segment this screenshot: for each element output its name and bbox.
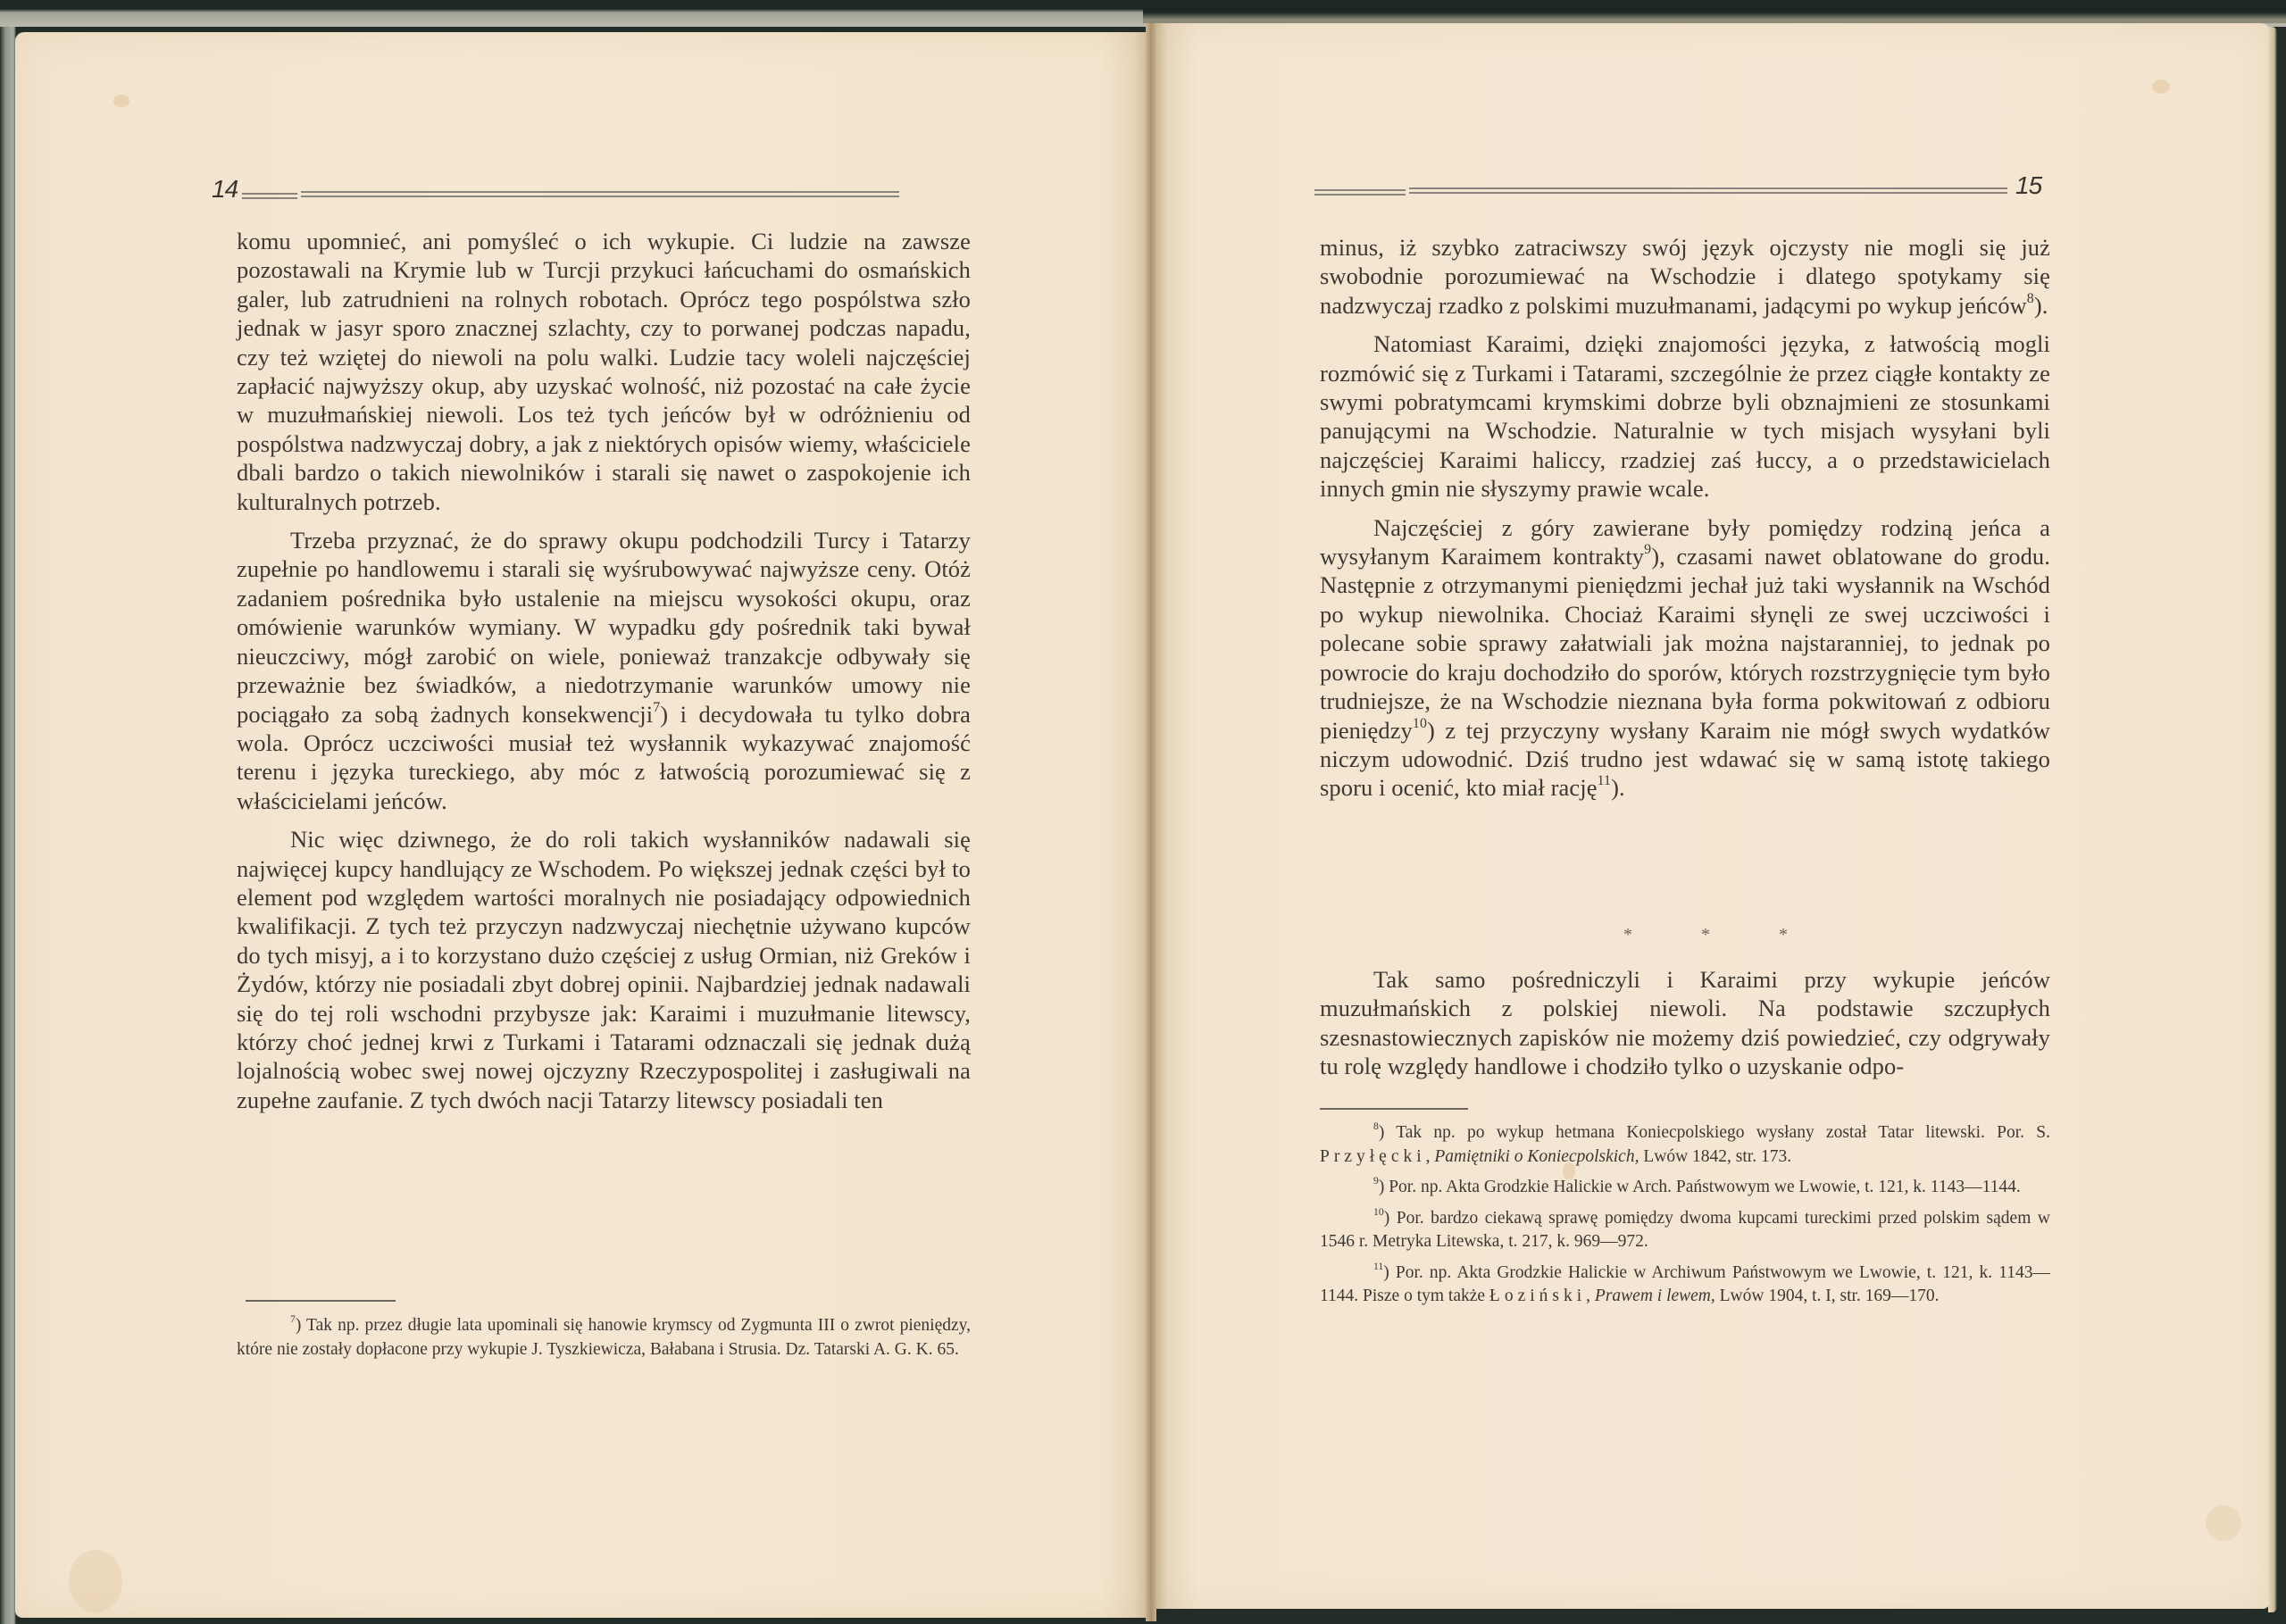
footnote: 9) Por. np. Akta Grodzkie Halickie w Arc… [1320,1176,2050,1200]
page-number: 14 [212,175,238,204]
footnote: 10) Por. bardzo ciekawą sprawę pomiędzy … [1320,1207,2050,1254]
footnote-number: 10 [1373,1206,1384,1218]
footnote-rule [246,1300,396,1302]
footnote: 7) Tak np. przez długie lata upominali s… [237,1314,971,1362]
footnote-ref[interactable]: 8 [2027,291,2034,306]
right-page: 15 minus, iż szybko zatraciwszy swój jęz… [1154,23,2270,1609]
paragraph: Najczęściej z góry zawierane były pomięd… [1320,513,2050,803]
section-separator: * * * [1623,925,1820,945]
running-head-left: 14 [212,175,971,211]
footnote-rule [1320,1108,1468,1110]
right-body-text-2: Tak samo pośredniczyli i Karaimi przy wy… [1320,965,2050,1081]
paper-stain [2152,79,2170,94]
paragraph: Natomiast Karaimi, dzięki znajomości jęz… [1320,329,2050,503]
footnote-ref[interactable]: 11 [1598,773,1612,788]
footnote: 8) Tak np. po wykup hetmana Koniecpolski… [1320,1121,2050,1169]
header-rule [301,191,899,197]
header-rule [1314,189,1406,196]
left-page: 14 komu upomnieć, ani pomyśleć o ich wyk… [15,32,1146,1618]
footnote-ref[interactable]: 10 [1413,716,1427,731]
footnote: 11) Por. np. Akta Grodzkie Halickie w Ar… [1320,1262,2050,1309]
running-head-right: 15 [1314,164,2100,200]
book-gutter [1146,23,1156,1621]
paper-stain [69,1550,122,1612]
right-body-text: minus, iż szybko zatraciwszy swój język … [1320,233,2050,803]
right-footnotes: 8) Tak np. po wykup hetmana Koniecpolski… [1320,1121,2050,1316]
book-cover-top-edge-right [1143,0,2286,23]
paper-stain [113,95,129,107]
book-title: Pamiętniki o Koniecpolskich, [1434,1147,1639,1166]
paragraph: komu upomnieć, ani pomyśleć o ich wykupi… [237,227,971,516]
footnote-ref[interactable]: 9 [1644,542,1651,557]
paper-stain [2206,1505,2241,1541]
footnote-number: 11 [1373,1261,1383,1272]
book-title: Prawem i lewem, [1595,1287,1715,1305]
right-page-edge [2268,27,2277,1612]
paragraph: Tak samo pośredniczyli i Karaimi przy wy… [1320,965,2050,1081]
left-footnotes: 7) Tak np. przez długie lata upominali s… [237,1314,971,1369]
author-name: Łoziński [1489,1287,1586,1305]
header-rule [242,193,297,199]
left-body-text: komu upomnieć, ani pomyśleć o ich wykupi… [237,227,971,1114]
paragraph: minus, iż szybko zatraciwszy swój język … [1320,233,2050,320]
paragraph: Trzeba przyznać, że do sprawy okupu podc… [237,526,971,815]
header-rule [1409,187,2007,194]
author-name: Przyłęcki [1320,1147,1426,1166]
paragraph: Nic więc dziwnego, że do roli takich wys… [237,825,971,1114]
page-number: 15 [2015,171,2041,200]
